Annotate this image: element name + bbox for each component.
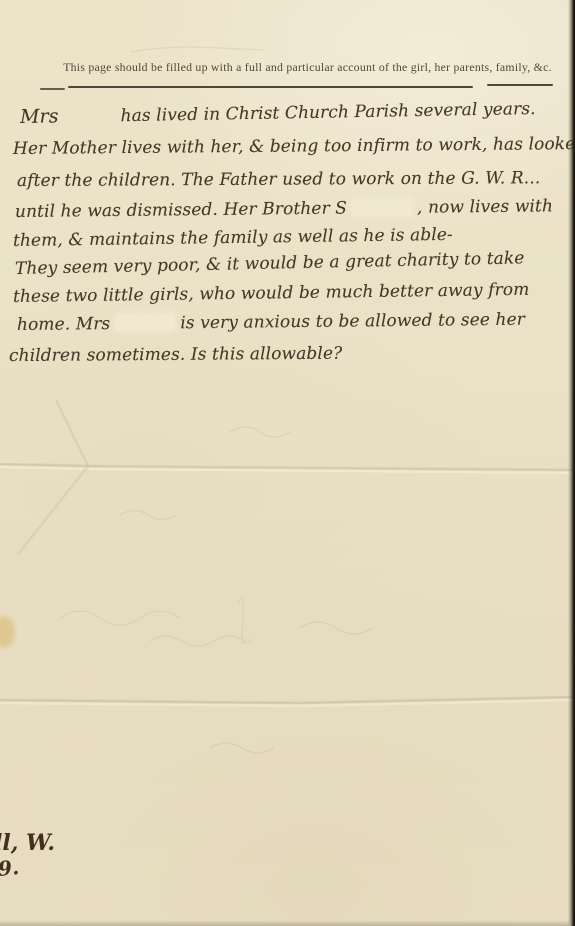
salutation-text: Mrs	[20, 105, 59, 128]
handwritten-text: children sometimes. Is this allowable?	[9, 344, 342, 366]
redacted-name-patch	[116, 314, 174, 331]
printed-instruction: This page should be filled up with a ful…	[56, 60, 559, 75]
handwritten-text: after the children. The Father used to w…	[17, 168, 540, 191]
header-rule-main	[68, 86, 473, 88]
footer-date-fragment: 9.	[0, 855, 20, 881]
document-scan: This page should be filled up with a ful…	[0, 0, 575, 926]
handwritten-line: They seem very poor, & it would be a gre…	[15, 248, 525, 279]
diagonal-crease-lower	[18, 466, 88, 554]
handwritten-text: , now lives with	[417, 196, 553, 217]
handwritten-line: these two little girls, who would be muc…	[13, 280, 530, 307]
header-rule-right	[487, 84, 553, 86]
fold-crease-upper	[0, 464, 575, 470]
footer-address-fragment: ll, W.	[0, 830, 55, 856]
handwritten-text: these two little girls, who would be muc…	[13, 280, 530, 307]
stain	[0, 616, 15, 648]
fold-crease-lower-highlight	[0, 700, 575, 706]
handwritten-line: until he was dismissed. Her Brother S, n…	[15, 196, 553, 222]
handwritten-text: is very anxious to be allowed to see her	[180, 310, 525, 334]
handwritten-text: them, & maintains the family as well as …	[13, 225, 453, 251]
handwritten-text: has lived in Christ Church Parish severa…	[120, 99, 535, 126]
handwritten-text: They seem very poor, & it would be a gre…	[15, 248, 525, 279]
handwritten-text: Her Mother lives with her, & being too i…	[13, 134, 575, 159]
scan-edge-shadow	[568, 0, 575, 926]
fold-crease-upper-highlight	[0, 467, 575, 473]
ghost-writing	[60, 427, 372, 753]
handwritten-line: Mrshas lived in Christ Church Parish sev…	[20, 97, 536, 128]
handwritten-line: after the children. The Father used to w…	[17, 168, 540, 191]
blank-name-space	[59, 121, 121, 122]
top-crease	[130, 47, 265, 52]
handwritten-line: them, & maintains the family as well as …	[13, 225, 453, 251]
header-rule-left-dash	[40, 88, 65, 90]
redacted-name-patch	[353, 199, 411, 216]
fold-crease-lower	[0, 697, 575, 703]
handwritten-line: children sometimes. Is this allowable?	[9, 344, 342, 366]
handwritten-line: home. Mrsis very anxious to be allowed t…	[17, 310, 525, 335]
handwritten-text: home. Mrs	[17, 314, 111, 335]
handwritten-line: Her Mother lives with her, & being too i…	[13, 134, 575, 159]
handwritten-text: until he was dismissed. Her Brother S	[15, 199, 347, 222]
diagonal-crease-upper	[56, 400, 88, 466]
